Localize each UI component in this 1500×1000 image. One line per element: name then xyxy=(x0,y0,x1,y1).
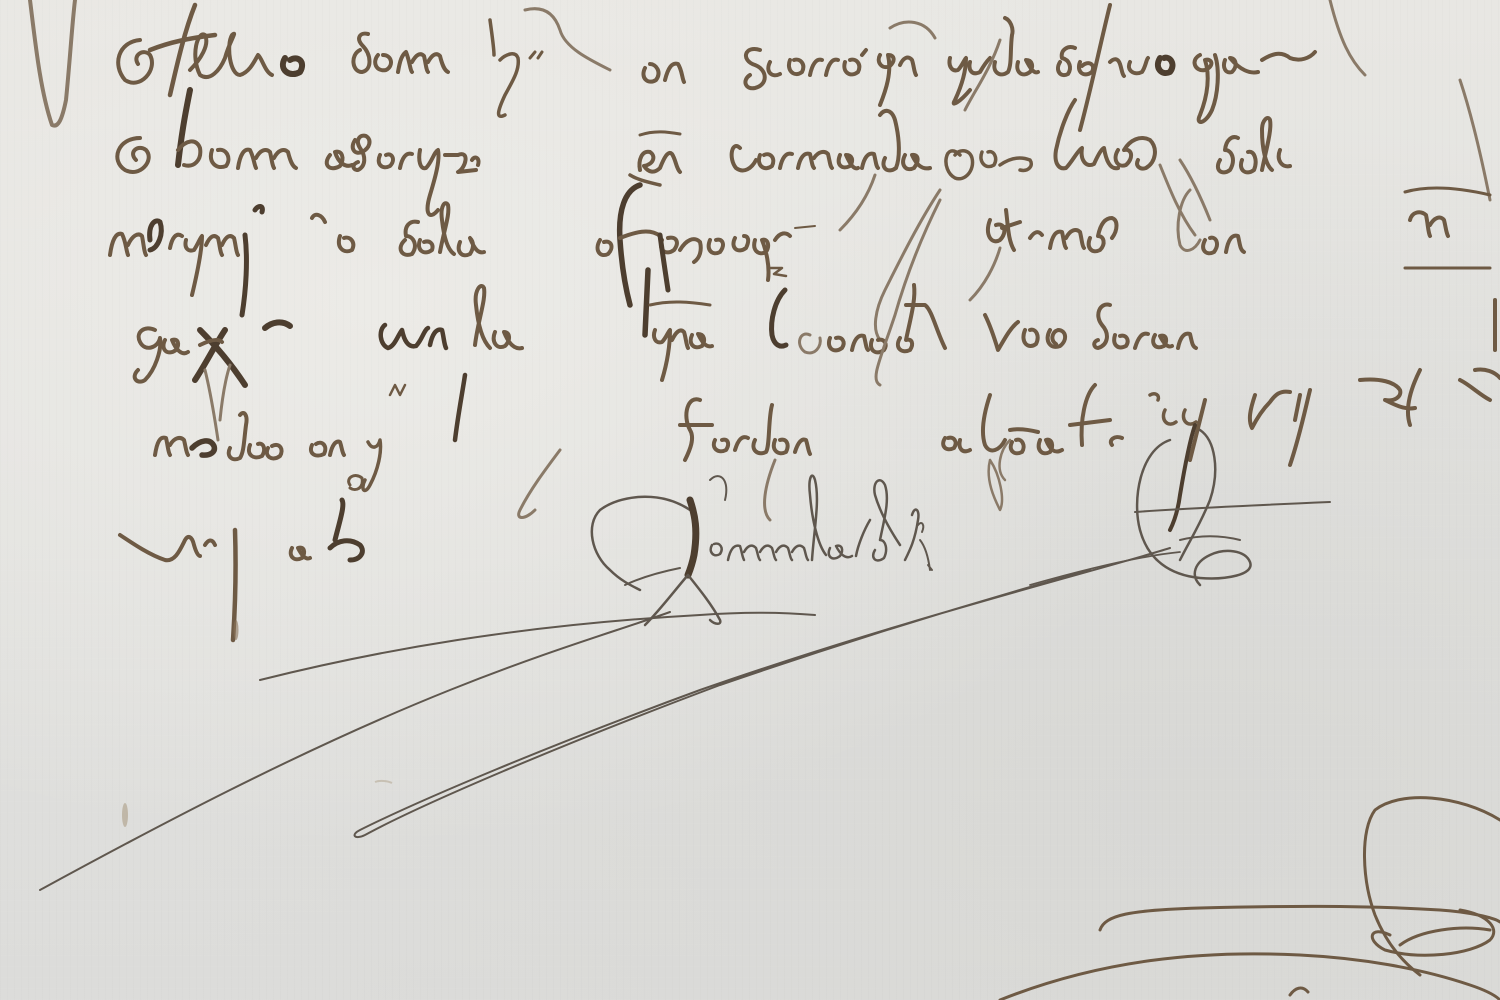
line-6-strokes xyxy=(120,476,362,640)
line-4-strokes xyxy=(135,200,1495,385)
paper-stains xyxy=(122,620,392,827)
handwriting-strokes xyxy=(0,0,1500,1000)
manuscript-page: felec dom yu on gcorro yn ayuda de sus g… xyxy=(0,0,1500,1000)
margin-flourish xyxy=(30,0,75,126)
line-3-strokes xyxy=(110,185,1490,340)
line-2-strokes xyxy=(117,80,1490,235)
signature xyxy=(40,425,1330,890)
bottom-right-flourish xyxy=(1000,798,1500,1000)
line-5-strokes xyxy=(155,365,1500,520)
line-1-strokes xyxy=(118,0,1365,130)
